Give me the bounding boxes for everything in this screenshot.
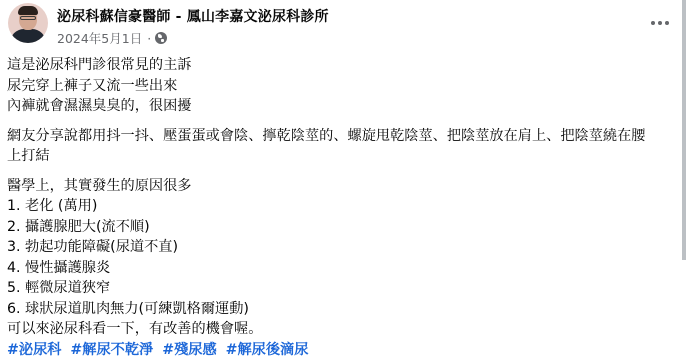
author-name-link[interactable]: 泌尿科蘇信豪醫師 - 鳳山李嘉文泌尿科診所 (57, 6, 329, 26)
hashtag-link[interactable]: #解尿後滴尿 (226, 342, 309, 358)
paragraph-gap (7, 167, 677, 176)
hashtag-link[interactable]: #泌尿科 (7, 342, 61, 358)
paragraph-gap (7, 117, 677, 126)
post-body: 這是泌尿科門診很常見的主訴 尿完穿上褲子又流一些出來 內褲就會濕濕臭臭的，很困擾… (7, 55, 677, 340)
avatar-glasses-shape (20, 16, 36, 20)
body-line: 2. 攝護腺肥大(流不順) (7, 217, 677, 238)
body-line: 內褲就會濕濕臭臭的，很困擾 (7, 96, 677, 117)
body-line: 可以來泌尿科看一下，有改善的機會喔。 (7, 319, 677, 340)
avatar-hair-shape (18, 6, 38, 15)
hashtag-list: #泌尿科 #解尿不乾淨 #殘尿感 #解尿後滴尿 (7, 339, 312, 359)
body-line: 5. 輕微尿道狹窄 (7, 278, 677, 299)
body-line: 網友分享說都用抖一抖、壓蛋蛋或會陰、擰乾陰莖的、螺旋甩乾陰莖、把陰莖放在肩上、把… (7, 126, 677, 147)
facebook-post: 泌尿科蘇信豪醫師 - 鳳山李嘉文泌尿科診所 2024年5月1日 · 這是泌尿科門… (0, 0, 686, 364)
hashtag-link[interactable]: #解尿不乾淨 (70, 342, 153, 358)
more-dot-icon (665, 21, 669, 25)
avatar-body-shape (10, 29, 46, 43)
body-line: 6. 球狀尿道肌肉無力(可練凱格爾運動) (7, 299, 677, 320)
more-options-button[interactable] (650, 16, 670, 30)
globe-icon[interactable] (155, 32, 167, 44)
hashtag-link[interactable]: #殘尿感 (162, 342, 216, 358)
body-line: 尿完穿上褲子又流一些出來 (7, 76, 677, 97)
post-date-link[interactable]: 2024年5月1日 (57, 29, 142, 47)
more-dot-icon (651, 21, 655, 25)
body-line: 1. 老化 (萬用) (7, 196, 677, 217)
body-line: 4. 慢性攝護腺炎 (7, 258, 677, 279)
meta-separator: · (147, 31, 151, 46)
body-line: 醫學上，其實發生的原因很多 (7, 176, 677, 197)
scrollbar[interactable] (682, 0, 686, 260)
post-header: 泌尿科蘇信豪醫師 - 鳳山李嘉文泌尿科診所 2024年5月1日 · (0, 0, 664, 50)
post-meta: 2024年5月1日 · (57, 29, 167, 47)
body-line: 上打結 (7, 146, 677, 167)
body-line: 3. 勃起功能障礙(尿道不直) (7, 237, 677, 258)
more-dot-icon (658, 21, 662, 25)
author-avatar[interactable] (8, 3, 48, 43)
body-line: 這是泌尿科門診很常見的主訴 (7, 55, 677, 76)
